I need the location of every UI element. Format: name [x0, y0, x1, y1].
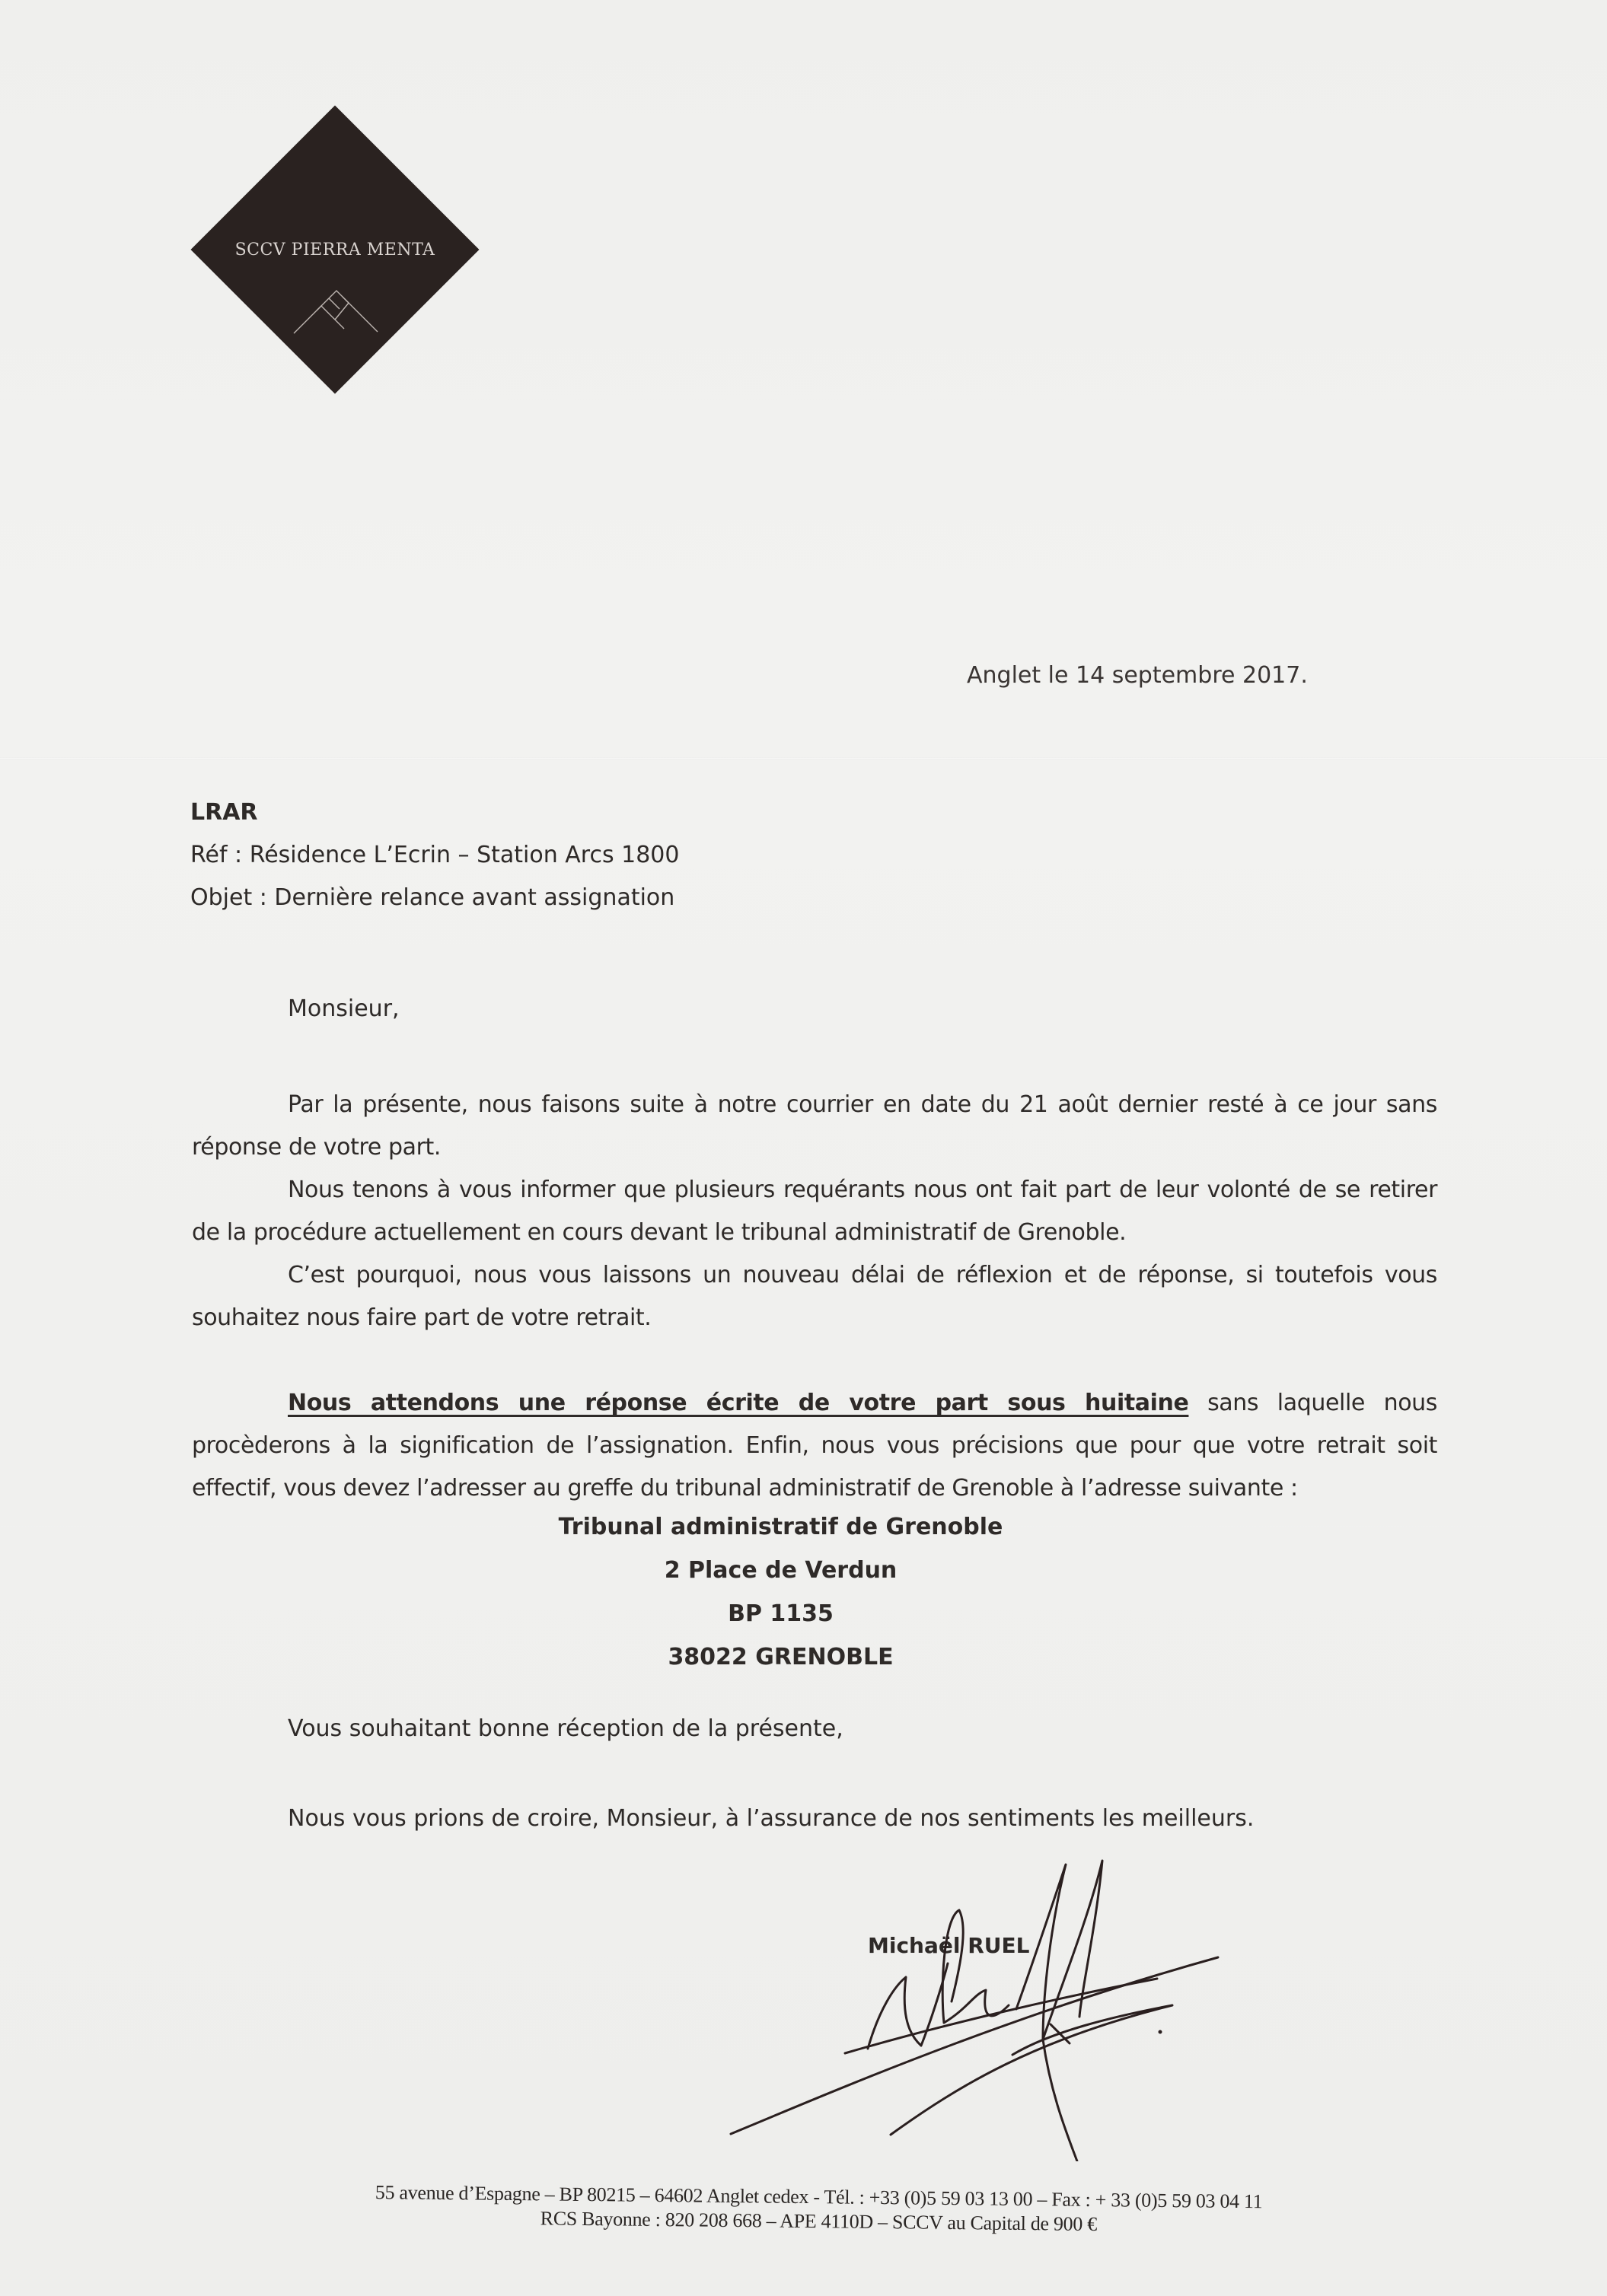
deadline-emphasis: Nous attendons une réponse écrite de vot…: [288, 1390, 1188, 1416]
tribunal-name: Tribunal administratif de Grenoble: [0, 1505, 1607, 1549]
subject-line: Objet : Dernière relance avant assignati…: [190, 877, 679, 919]
paragraph-4-text: Nous attendons une réponse écrite de vot…: [192, 1382, 1437, 1510]
tribunal-street: 2 Place de Verdun: [0, 1549, 1607, 1592]
paragraph-1: Par la présente, nous faisons suite à no…: [192, 1084, 1437, 1169]
company-footer: 55 avenue d’Espagne – BP 80215 – 64602 A…: [0, 2177, 1607, 2241]
tribunal-po-box: BP 1135: [0, 1592, 1607, 1635]
lrar-label: LRAR: [190, 791, 679, 834]
paper-fold-crease: [0, 757, 1607, 759]
company-logo: SCCV PIERRA MENTA: [190, 105, 480, 394]
reference-block: LRAR Réf : Résidence L’Ecrin – Station A…: [190, 791, 679, 919]
closing-line-1: Vous souhaitant bonne réception de la pr…: [288, 1715, 843, 1742]
paragraph-4: Nous attendons une réponse écrite de vot…: [192, 1382, 1437, 1510]
salutation: Monsieur,: [288, 995, 400, 1022]
paragraph-2-text: Nous tenons à vous informer que plusieur…: [192, 1169, 1437, 1254]
tribunal-city: 38022 GRENOBLE: [0, 1635, 1607, 1679]
paragraph-2: Nous tenons à vous informer que plusieur…: [192, 1169, 1437, 1254]
paragraph-3: C’est pourquoi, nous vous laissons un no…: [192, 1254, 1437, 1339]
paragraph-1-text: Par la présente, nous faisons suite à no…: [192, 1084, 1437, 1169]
company-name: SCCV PIERRA MENTA: [190, 240, 480, 260]
closing-line-2: Nous vous prions de croire, Monsieur, à …: [288, 1805, 1254, 1832]
letter-date: Anglet le 14 septembre 2017.: [967, 662, 1308, 689]
paragraph-3-text: C’est pourquoi, nous vous laissons un no…: [192, 1254, 1437, 1339]
mountain-icon: [292, 286, 384, 347]
handwritten-signature-icon: [716, 1842, 1248, 2161]
tribunal-address: Tribunal administratif de Grenoble 2 Pla…: [0, 1505, 1607, 1679]
reference-line: Réf : Résidence L’Ecrin – Station Arcs 1…: [190, 834, 679, 877]
